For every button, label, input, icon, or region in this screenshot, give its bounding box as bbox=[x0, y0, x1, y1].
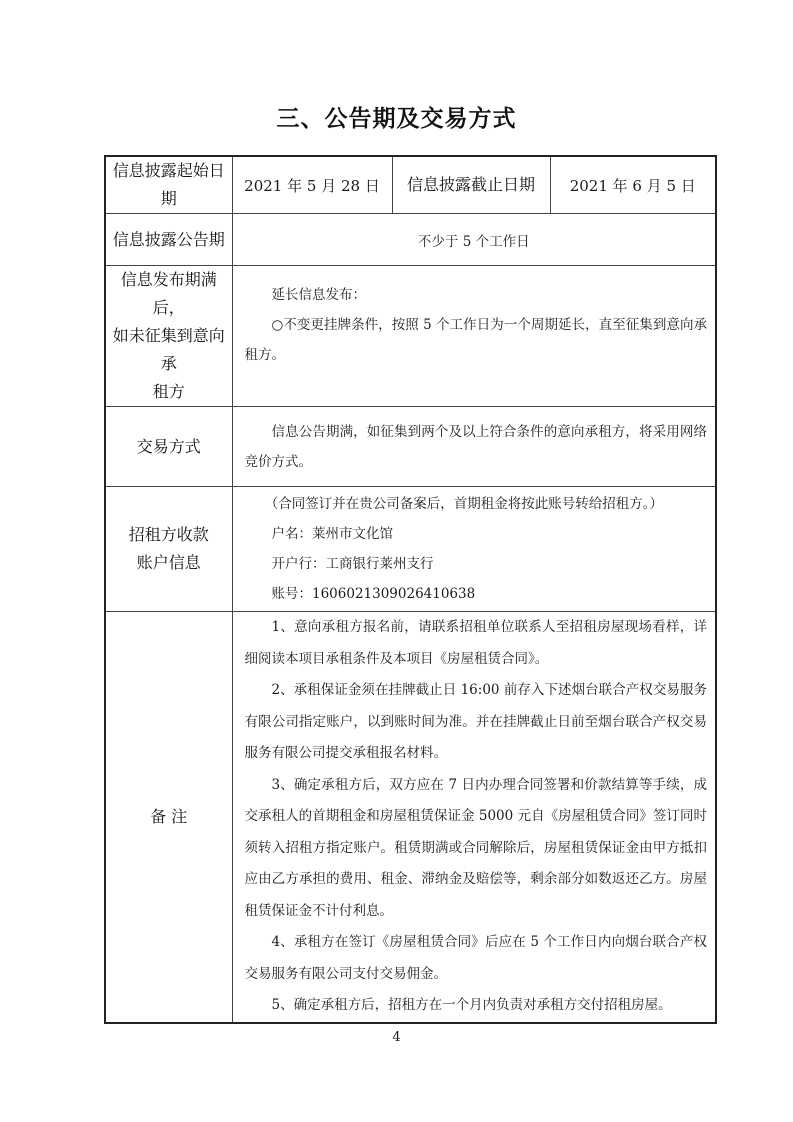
account-name: 户名：莱州市文化馆 bbox=[245, 519, 708, 549]
page-number: 4 bbox=[0, 1030, 793, 1045]
transaction-content: 信息公告期满，如征集到两个及以上符合条件的意向承租方，将采用网络竞价方式。 bbox=[232, 407, 716, 487]
remark-item: 4、承租方在签订《房屋租赁合同》后应在 5 个工作日内向烟台联合产权交易服务有限… bbox=[245, 927, 708, 990]
account-label: 招租方收款 账户信息 bbox=[105, 487, 232, 612]
extension-label: 信息发布期满后， 如未征集到意向承 租方 bbox=[105, 266, 232, 407]
account-content: （合同签订并在贵公司备案后，首期租金将按此账号转给招租方。） 户名：莱州市文化馆… bbox=[232, 487, 716, 612]
extension-label-line: 信息发布期满后， bbox=[106, 266, 232, 322]
table-row-extension: 信息发布期满后， 如未征集到意向承 租方 延长信息发布： ○不变更挂牌条件，按照… bbox=[105, 266, 716, 407]
end-date-value: 2021 年 6 月 5 日 bbox=[550, 156, 716, 214]
table-row-transaction: 交易方式 信息公告期满，如征集到两个及以上符合条件的意向承租方，将采用网络竞价方… bbox=[105, 407, 716, 487]
remark-item: 5、确定承租方后，招租方在一个月内负责对承租方交付招租房屋。 bbox=[245, 990, 708, 1022]
extension-heading: 延长信息发布： bbox=[245, 280, 708, 310]
account-bank: 开户行：工商银行莱州支行 bbox=[245, 549, 708, 579]
extension-label-line: 如未征集到意向承 bbox=[106, 322, 232, 378]
start-date-value: 2021 年 5 月 28 日 bbox=[232, 156, 392, 214]
period-label: 信息披露公告期 bbox=[105, 214, 232, 266]
table-row-dates: 信息披露起始日期 2021 年 5 月 28 日 信息披露截止日期 2021 年… bbox=[105, 156, 716, 214]
start-date-label: 信息披露起始日期 bbox=[105, 156, 232, 214]
remark-item: 1、意向承租方报名前，请联系招租单位联系人至招租房屋现场看样，详细阅读本项目承租… bbox=[245, 612, 708, 675]
end-date-label: 信息披露截止日期 bbox=[392, 156, 550, 214]
account-label-line: 账户信息 bbox=[106, 549, 232, 577]
transaction-label: 交易方式 bbox=[105, 407, 232, 487]
extension-text: ○不变更挂牌条件，按照 5 个工作日为一个周期延长，直至征集到意向承租方。 bbox=[245, 310, 708, 370]
table-row-remarks: 备 注 1、意向承租方报名前，请联系招租单位联系人至招租房屋现场看样，详细阅读本… bbox=[105, 612, 716, 1023]
period-value: 不少于 5 个工作日 bbox=[232, 214, 716, 266]
extension-label-line: 租方 bbox=[106, 378, 232, 406]
table-row-account: 招租方收款 账户信息 （合同签订并在贵公司备案后，首期租金将按此账号转给招租方。… bbox=[105, 487, 716, 612]
extension-content: 延长信息发布： ○不变更挂牌条件，按照 5 个工作日为一个周期延长，直至征集到意… bbox=[232, 266, 716, 407]
table-row-period: 信息披露公告期 不少于 5 个工作日 bbox=[105, 214, 716, 266]
section-title: 三、公告期及交易方式 bbox=[0, 100, 793, 133]
remarks-content: 1、意向承租方报名前，请联系招租单位联系人至招租房屋现场看样，详细阅读本项目承租… bbox=[232, 612, 716, 1023]
account-label-line: 招租方收款 bbox=[106, 521, 232, 549]
announcement-table: 信息披露起始日期 2021 年 5 月 28 日 信息披露截止日期 2021 年… bbox=[104, 155, 717, 1024]
remarks-label: 备 注 bbox=[105, 612, 232, 1023]
account-note: （合同签订并在贵公司备案后，首期租金将按此账号转给招租方。） bbox=[245, 489, 708, 519]
remark-item: 3、确定承租方后，双方应在 7 日内办理合同签署和价款结算等手续，成交承租人的首… bbox=[245, 770, 708, 928]
account-number: 账号：1606021309026410638 bbox=[245, 579, 708, 609]
remark-item: 2、承租保证金须在挂牌截止日 16:00 前存入下述烟台联合产权交易服务有限公司… bbox=[245, 675, 708, 770]
transaction-text: 信息公告期满，如征集到两个及以上符合条件的意向承租方，将采用网络竞价方式。 bbox=[245, 417, 708, 477]
